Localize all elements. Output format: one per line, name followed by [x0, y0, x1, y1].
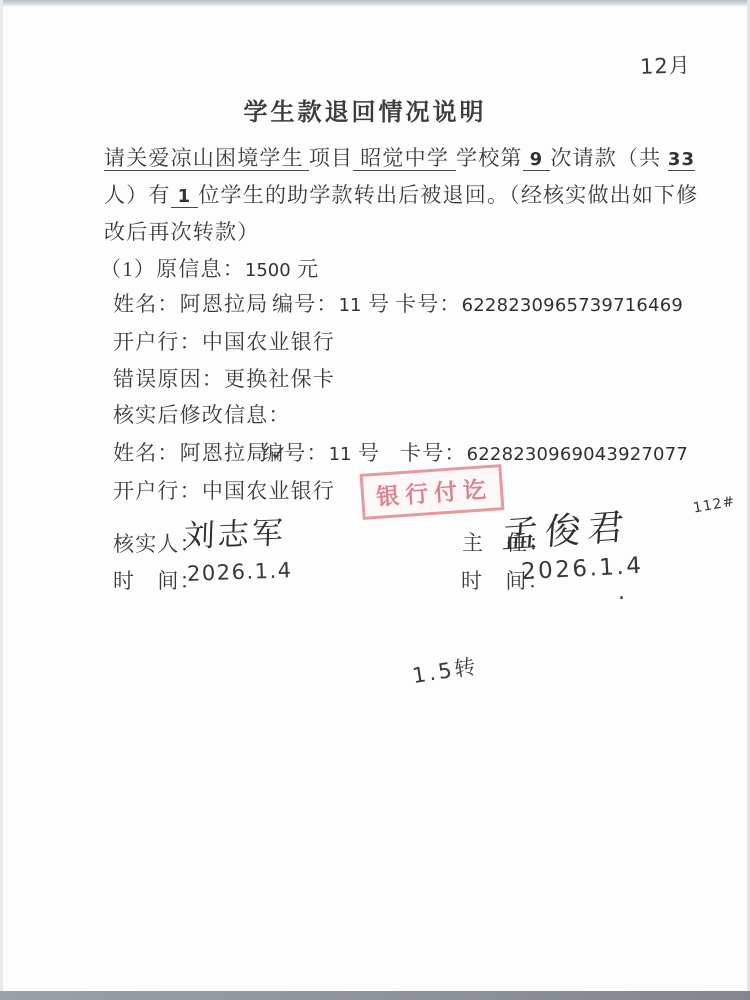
intro-line-2: 人）有1位学生的助学款转出后被退回。（经核实做出如下修: [104, 177, 698, 215]
blank-school-name: 昭觉中学: [353, 146, 456, 171]
original-amount: 1500: [245, 260, 291, 281]
original-number-unit: 号: [368, 292, 390, 316]
revised-card-number: 6228230969043927077: [467, 444, 688, 465]
name-label: 姓名：: [113, 441, 180, 465]
bank-paid-stamp: 银行付讫: [360, 464, 505, 520]
intro-line2-suffix: 位学生的助学款转出后被退回。（经核实做出如下修: [198, 183, 698, 207]
revised-bank-row: 开户行：中国农业银行: [113, 475, 335, 505]
handwritten-bottom-note: 1.5转: [410, 650, 480, 690]
original-info-heading: （1）原信息：1500 元: [100, 253, 319, 283]
director-signature: 孟俊君: [500, 498, 632, 558]
revised-card-field: 卡号：6228230969043927077: [400, 437, 688, 467]
scan-edge-bottom: [0, 991, 750, 1000]
error-label: 错误原因：: [113, 367, 224, 391]
blank-returned-count: 1: [171, 186, 199, 208]
bank-label: 开户行：: [113, 479, 202, 503]
revised-bank-value: 中国农业银行: [202, 479, 335, 503]
scan-edge-top: [0, 0, 750, 6]
original-card-number: 6228230965739716469: [462, 295, 683, 316]
original-name-field: 姓名：阿恩拉局: [113, 288, 268, 318]
number-label: 编号：: [262, 441, 329, 465]
intro-line3-text: 改后再次转款）: [104, 220, 259, 244]
blank-batch-number: 9: [523, 149, 551, 171]
original-bank-row: 开户行：中国农业银行: [113, 326, 335, 356]
card-label: 卡号：: [400, 441, 467, 465]
original-card-field: 卡号：6228230965739716469: [395, 288, 683, 318]
intro-line-1: 请关爱凉山困境学生项目昭觉中学学校第9次请款（共 33: [104, 140, 695, 178]
original-heading-label: （1）原信息：: [100, 257, 245, 281]
blank-project-name: 请关爱凉山困境学生: [104, 146, 309, 171]
original-name-value: 阿恩拉局: [180, 292, 269, 316]
handwritten-month-note: 12月: [639, 49, 691, 81]
error-reason-value: 更换社保卡: [224, 367, 335, 391]
verifier-signature: 刘志军: [183, 507, 287, 556]
original-number-value: 11: [339, 295, 362, 316]
scanned-document-page: 12月 学生款退回情况说明 请关爱凉山困境学生项目昭觉中学学校第9次请款（共 3…: [0, 0, 750, 1000]
revised-name-value: 阿恩拉局: [180, 441, 269, 465]
document-title: 学生款退回情况说明: [0, 92, 730, 127]
bank-label: 开户行：: [113, 330, 202, 354]
revised-number-field: 编号：11 号: [262, 437, 380, 467]
revised-number-unit: 号: [358, 441, 380, 465]
intro-word-project: 项目: [309, 146, 353, 170]
director-time-period: .: [618, 580, 625, 605]
original-bank-value: 中国农业银行: [202, 330, 335, 354]
handwritten-side-tag: 112#: [692, 493, 737, 516]
card-label: 卡号：: [395, 292, 462, 316]
director-time-value: 2026.1.4: [520, 553, 644, 585]
error-reason-row: 错误原因：更换社保卡: [113, 363, 335, 393]
intro-line2-prefix: 人）有: [104, 183, 171, 207]
original-amount-unit: 元: [297, 257, 319, 281]
scan-edge-left: [0, 0, 3, 991]
name-label: 姓名：: [113, 292, 180, 316]
revised-number-value: 11: [329, 444, 352, 465]
revised-info-heading: 核实后修改信息：: [113, 399, 291, 429]
original-number-field: 编号：11 号: [272, 288, 390, 318]
intro-word-request: 次请款（共: [550, 146, 661, 170]
number-label: 编号：: [272, 292, 339, 316]
blank-total-count: 33: [668, 149, 695, 171]
verifier-time-value: 2026.1.4: [187, 558, 293, 586]
intro-line-3: 改后再次转款）: [104, 214, 259, 251]
intro-word-school: 学校第: [456, 146, 523, 170]
